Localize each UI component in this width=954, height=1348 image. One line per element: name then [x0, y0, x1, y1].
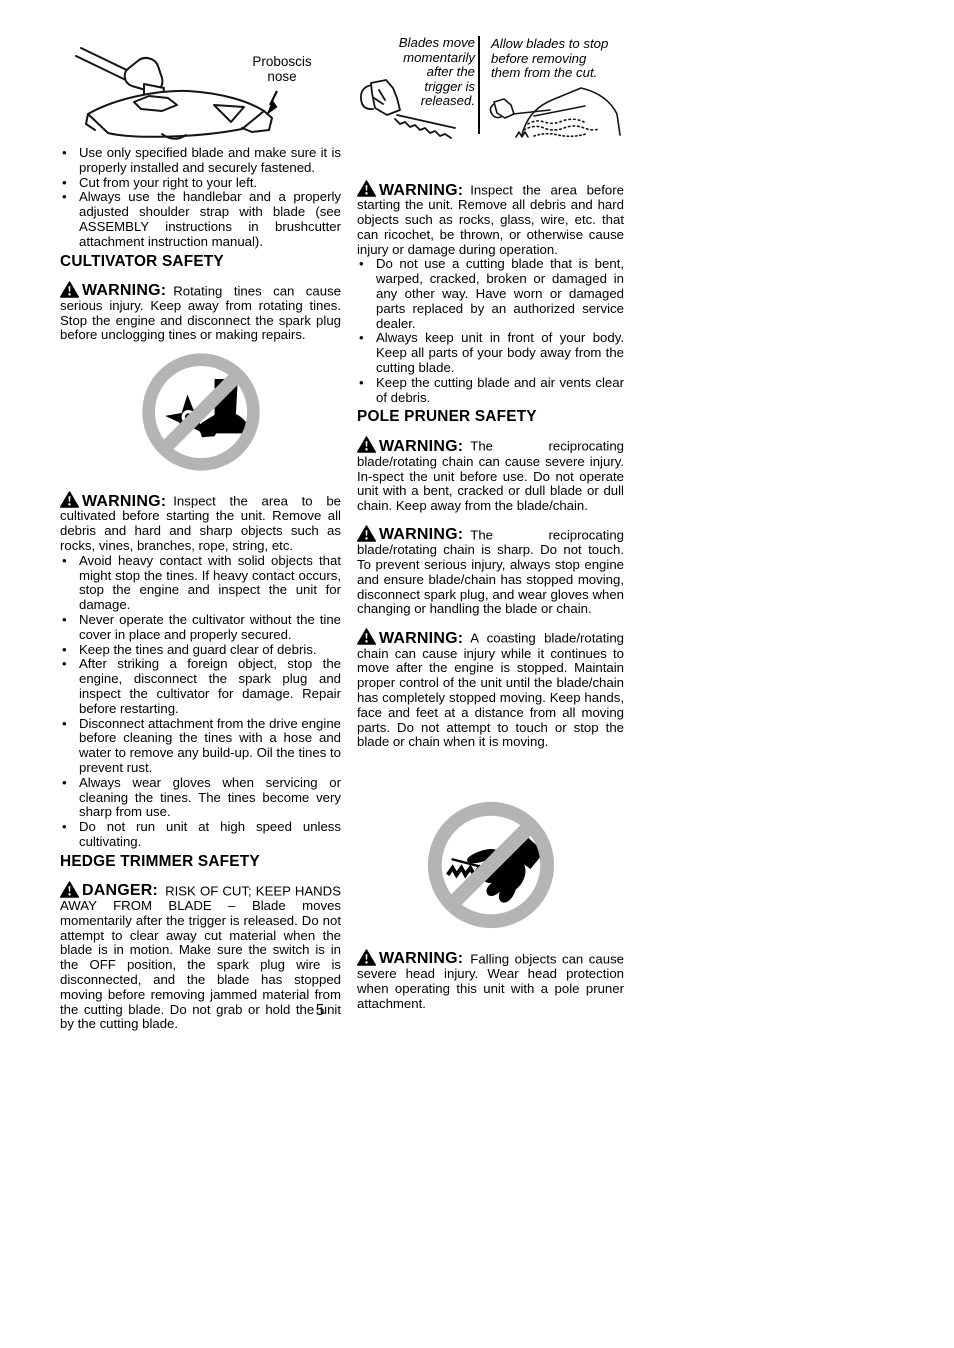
warning-inspect-before-start: WARNING:Inspect the area before starting… — [357, 180, 624, 257]
warning-label: WARNING: — [379, 438, 470, 455]
warning-coasting-blade: WARNING:A coasting blade/rotating chain … — [357, 628, 624, 750]
bullet-marker: • — [60, 717, 79, 732]
page-number: 5 — [292, 1002, 348, 1020]
hedge-trimmer-safety-heading: HEDGE TRIMMER SAFETY — [60, 853, 341, 870]
no-touch-chain-figure — [357, 796, 624, 938]
bullet-text: Never operate the cultivator without the… — [79, 613, 341, 643]
danger-label: DANGER: — [82, 882, 165, 899]
list-item: • Use only specified blade and make sure… — [60, 146, 341, 176]
hedge-cutting-illustration — [488, 80, 624, 140]
blade-safety-bullets: • Use only specified blade and make sure… — [60, 146, 341, 250]
bullet-text: Always use the handlebar and a properly … — [79, 190, 341, 249]
warning-label: WARNING: — [379, 182, 470, 199]
warning-rotating-tines: WARNING:Rotating tines can cause serious… — [60, 281, 341, 344]
warning-reciprocating-blade-1: WARNING:The reciprocating blade/rotating… — [357, 436, 624, 513]
pole-pruner-safety-heading: POLE PRUNER SAFETY — [357, 408, 624, 425]
bullet-marker: • — [357, 331, 376, 346]
bullet-text: Always keep unit in front of your body. … — [376, 331, 624, 375]
brushcutter-guard-figure: Proboscis nose — [60, 38, 341, 144]
bullet-text: Always wear gloves when servicing or cle… — [79, 776, 341, 820]
bullet-marker: • — [60, 554, 79, 569]
list-item: • Do not use a cutting blade that is ben… — [357, 257, 624, 331]
bullet-marker: • — [60, 176, 79, 191]
bullet-text: Disconnect attachment from the drive eng… — [79, 717, 341, 776]
warning-triangle-icon — [60, 281, 79, 298]
bullet-text: Avoid heavy contact with solid objects t… — [79, 554, 341, 613]
warning-reciprocating-blade-2: WARNING:The reciprocating blade/rotating… — [357, 525, 624, 617]
caption-allow-blades-stop: Allow blades to stop before removing the… — [491, 37, 623, 81]
warning-inspect-area: WARNING:Inspect the area to be cultivate… — [60, 491, 341, 554]
warning-label: WARNING: — [379, 950, 470, 967]
cultivator-safety-heading: CULTIVATOR SAFETY — [60, 253, 341, 270]
list-item: • Always keep unit in front of your body… — [357, 331, 624, 375]
bullet-text: After striking a foreign object, stop th… — [79, 657, 341, 716]
warning-triangle-icon — [60, 881, 79, 898]
warning-label: WARNING: — [82, 282, 173, 299]
bullet-marker: • — [60, 613, 79, 628]
prohibition-hand-chain-icon — [422, 796, 560, 934]
bullet-marker: • — [60, 657, 79, 672]
warning-triangle-icon — [357, 436, 376, 453]
warning-triangle-icon — [357, 949, 376, 966]
warning-triangle-icon — [357, 628, 376, 645]
bullet-text: Do not use a cutting blade that is bent,… — [376, 257, 624, 331]
right-column: Blades move momentarily after the trigge… — [357, 36, 624, 1012]
proboscis-nose-label: Proboscis nose — [248, 54, 316, 84]
cultivator-safety-bullets: • Avoid heavy contact with solid objects… — [60, 554, 341, 850]
warning-label: WARNING: — [82, 493, 173, 510]
list-item: • After striking a foreign object, stop … — [60, 657, 341, 716]
no-feet-near-tines-figure — [60, 348, 341, 480]
warning-label: WARNING: — [379, 630, 470, 647]
warning-falling-objects: WARNING:Falling objects can cause severe… — [357, 949, 624, 1012]
manual-page: Proboscis nose • Use only specified blad… — [0, 0, 954, 1348]
hedge-trimmer-figures: Blades move momentarily after the trigge… — [357, 36, 624, 140]
bullet-marker: • — [357, 376, 376, 391]
left-column: Proboscis nose • Use only specified blad… — [60, 38, 341, 1032]
bullet-marker: • — [357, 257, 376, 272]
warning-triangle-icon — [357, 180, 376, 197]
bullet-marker: • — [60, 643, 79, 658]
list-item: • Avoid heavy contact with solid objects… — [60, 554, 341, 613]
warning-label: WARNING: — [379, 526, 470, 543]
bullet-marker: • — [60, 146, 79, 161]
list-item: • Disconnect attachment from the drive e… — [60, 717, 341, 776]
bullet-text: Use only specified blade and make sure i… — [79, 146, 341, 176]
caption-divider — [478, 36, 480, 134]
bullet-marker: • — [60, 820, 79, 835]
bullet-marker: • — [60, 190, 79, 205]
hedge-trimmer-illustration — [357, 78, 461, 140]
list-item: • Do not run unit at high speed unless c… — [60, 820, 341, 850]
warning-text: A coasting blade/rotating chain can caus… — [357, 631, 624, 750]
bullet-text: Keep the tines and guard clear of debris… — [79, 643, 341, 658]
bullet-marker: • — [60, 776, 79, 791]
bullet-text: Do not run unit at high speed unless cul… — [79, 820, 341, 850]
warning-triangle-icon — [60, 491, 79, 508]
warning-triangle-icon — [357, 525, 376, 542]
list-item: • Never operate the cultivator without t… — [60, 613, 341, 643]
list-item: • Always use the handlebar and a properl… — [60, 190, 341, 249]
list-item: • Keep the cutting blade and air vents c… — [357, 376, 624, 406]
list-item: • Keep the tines and guard clear of debr… — [60, 643, 341, 658]
bullet-text: Cut from your right to your left. — [79, 176, 341, 191]
list-item: • Cut from your right to your left. — [60, 176, 341, 191]
prohibition-tines-boot-icon — [137, 348, 265, 476]
list-item: • Always wear gloves when servicing or c… — [60, 776, 341, 820]
hedge-safety-bullets: • Do not use a cutting blade that is ben… — [357, 257, 624, 405]
label-arrow-icon — [262, 90, 280, 117]
bullet-text: Keep the cutting blade and air vents cle… — [376, 376, 624, 406]
